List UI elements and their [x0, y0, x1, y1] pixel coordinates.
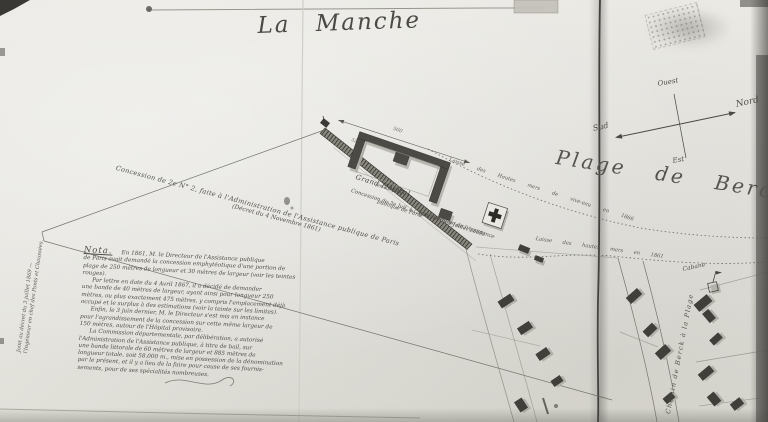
cabane-building [708, 271, 722, 295]
chapel-building [481, 202, 509, 231]
compass-rose [615, 94, 736, 158]
village-buildings [498, 244, 748, 414]
nota-block: Nota.En 1861, M. le Directeur de l'Assis… [77, 247, 356, 387]
right-paper-edge [750, 0, 768, 422]
bottom-paper-edge [0, 408, 768, 422]
scanned-map-sheet: La Manche Plage de Berck Nord Sud Ouest … [0, 0, 768, 422]
